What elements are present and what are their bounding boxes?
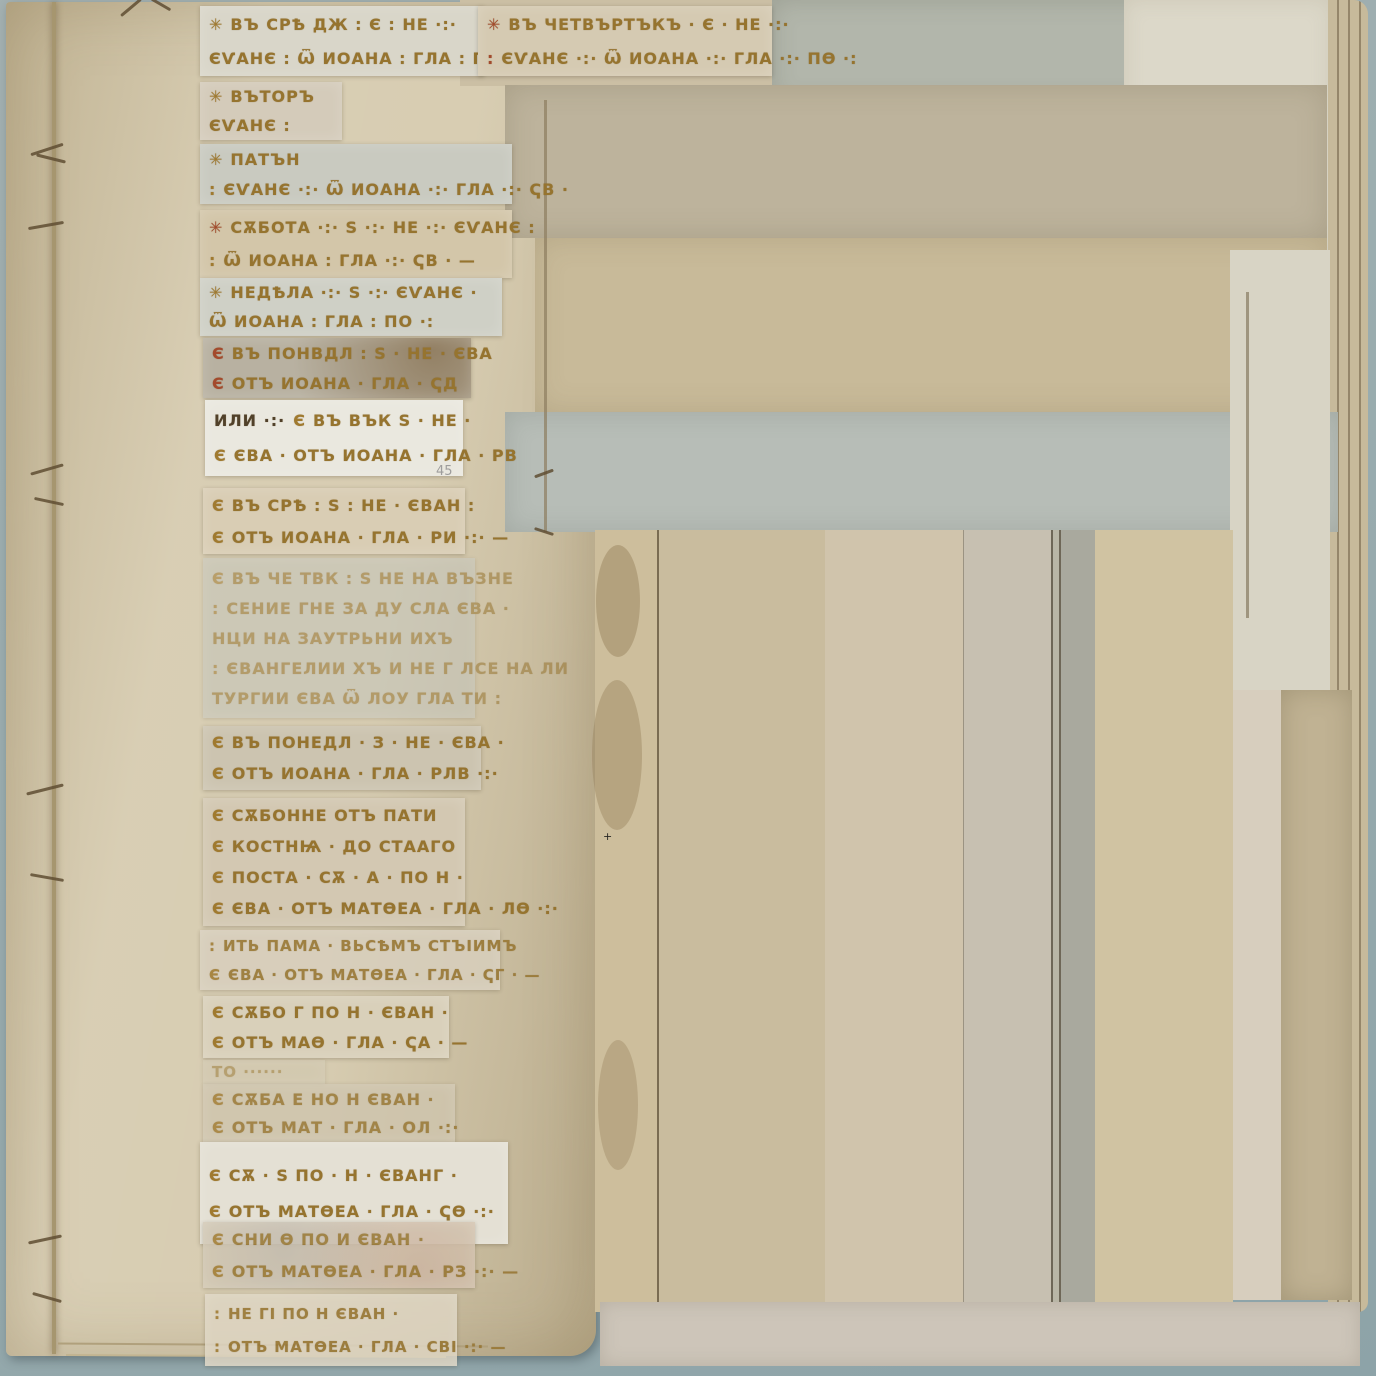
manuscript-photograph: ✳ВЪ СРѢ ДЖ : Є : НЕ ·:·ЄѴАНЄ : Ѿ ИОАНА :… — [0, 0, 1376, 1376]
marks-layer: 45+ — [0, 0, 1376, 1376]
folio-number-pencil: 45 — [436, 464, 453, 479]
stray-ink-mark: + — [603, 830, 612, 843]
